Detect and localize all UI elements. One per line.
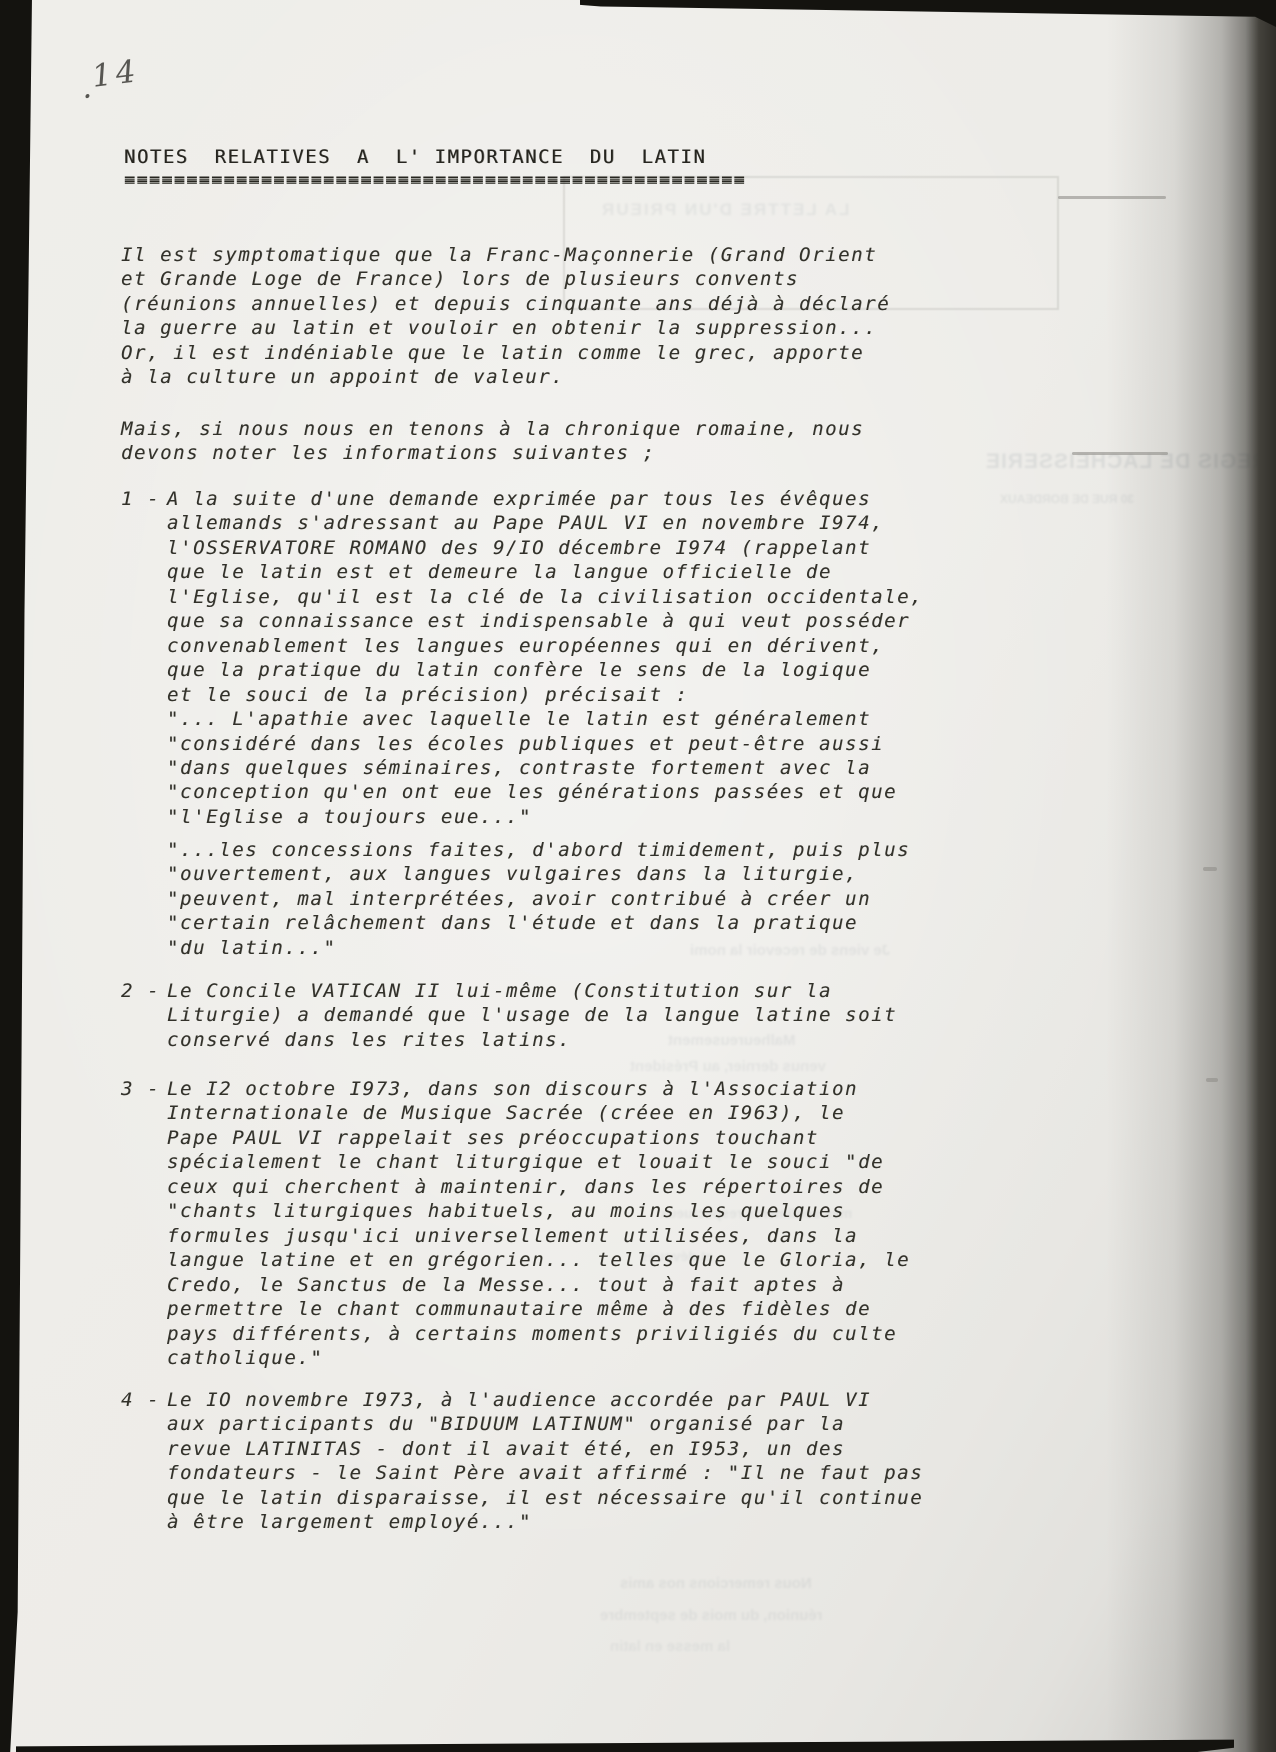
- scan-speck: [1058, 196, 1166, 199]
- title-underline: ========================================…: [124, 168, 746, 190]
- list-item-3: 3 - Le I2 octobre I973, dans son discour…: [121, 1077, 951, 1370]
- bleedthrough-text: LA LETTRE D'UN PRIEUR: [600, 200, 849, 220]
- intro-paragraph-1: Il est symptomatique que la Franc-Maçonn…: [121, 243, 890, 390]
- item-number: 4 -: [121, 1388, 167, 1535]
- item-text: Le IO novembre I973, à l'audience accord…: [167, 1388, 951, 1535]
- item-text: Le Concile VATICAN II lui-même (Constitu…: [167, 979, 951, 1052]
- item-number: 1 -: [121, 487, 167, 829]
- list-item-2: 2 - Le Concile VATICAN II lui-même (Cons…: [121, 979, 951, 1052]
- scanned-document-page: LA LETTRE D'UN PRIEUR REGIS DE LACHEISSE…: [0, 0, 1276, 1752]
- list-item-4: 4 - Le IO novembre I973, à l'audience ac…: [121, 1388, 951, 1535]
- bleedthrough-text: venus dernier, au Président: [630, 1058, 826, 1075]
- scan-speck: [1072, 452, 1168, 455]
- bleedthrough-text: la messe en latin: [610, 1638, 730, 1655]
- bleedthrough-text: réunion, du mois de septembre: [600, 1607, 823, 1624]
- scan-shadow-right: [1106, 0, 1276, 1752]
- scan-speck: [1206, 1078, 1218, 1082]
- scan-speck: [1203, 867, 1217, 871]
- bleedthrough-text: Nous remercions nos amis: [620, 1575, 812, 1592]
- item-text: A la suite d'une demande exprimée par to…: [167, 487, 951, 829]
- document-title: NOTES RELATIVES A L' IMPORTANCE DU LATIN: [124, 146, 706, 168]
- item-number: 3 -: [121, 1077, 167, 1370]
- item-text: Le I2 octobre I973, dans son discours à …: [167, 1077, 951, 1370]
- list-item-1: 1 - A la suite d'une demande exprimée pa…: [121, 487, 951, 829]
- scan-edge-left: [0, 0, 34, 1752]
- item-number: 2 -: [121, 979, 167, 1052]
- intro-paragraph-2: Mais, si nous nous en tenons à la chroni…: [121, 417, 864, 466]
- scan-edge-bottom: [16, 1738, 1234, 1752]
- handwritten-page-number: 14: [90, 53, 141, 95]
- list-item-1-quote: "...les concessions faites, d'abord timi…: [167, 838, 957, 960]
